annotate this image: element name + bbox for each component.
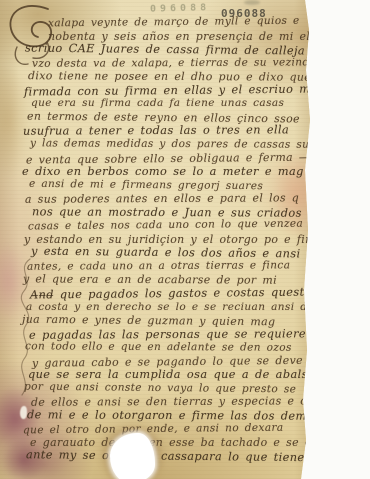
handwriting-line: de ellos e ansi se den tierras y especia… (31, 395, 316, 410)
handwriting-line: a costa y en derecho se lo e se reciuan … (26, 301, 316, 313)
handwriting-line: con todo ello e que en adelante se den o… (25, 340, 292, 353)
handwriting-line: que el otro don por ende, e ansi no dexa… (23, 421, 284, 436)
handwriting-line: antes, e cada uno an a otras tierras e f… (27, 259, 290, 272)
handwriting-line: ante my se otorgo e cassapara lo que tie… (26, 448, 316, 465)
handwriting-line: de mi e e lo otorgaron e firme las dos d… (27, 408, 316, 423)
handwriting-line: nobenta y seis años en presençia de mi e… (48, 30, 310, 43)
handwriting-line: A̶n̶d̶ que pagados los gastos e costas q… (30, 285, 316, 301)
handwriting-lines: xalapa veynte de março de myll e quios e… (0, 0, 316, 479)
handwriting-line: que se sera la cumplida osa que a de aba… (28, 368, 316, 381)
handwriting-line: dixo tiene ne posee en el dho puo e dixo… (28, 69, 316, 84)
handwriting-line: scriuo CAE Juares de cassa firma de call… (25, 42, 305, 58)
handwriting-line: e garauato de que en esse ba tachado e s… (30, 436, 316, 449)
handwriting-line: vzo desta va de xalapa, e tierras de su … (32, 56, 316, 70)
handwriting-line: e ansi de mi e firmeans gregorj suares (29, 177, 263, 191)
handwriting-line: y garaua cabo e se pagando lo que se dev… (32, 353, 316, 369)
paper-sheet: 096088 096088 xalapa veynte de março de … (0, 0, 316, 479)
handwriting-line: casas e tales nos cada uno con lo que ve… (28, 218, 303, 233)
handwriting-line: y estando en su juridiçion y el otorgo p… (24, 233, 316, 246)
handwriting-line: e dixo en berbos como se lo a meter e ma… (22, 165, 304, 178)
scanned-manuscript-page: 096088 096088 xalapa veynte de março de … (0, 0, 370, 479)
handwriting-line: usufrua a tener e todas las o tres en el… (23, 124, 289, 138)
paper-tear (110, 433, 155, 479)
handwriting-line: que era su firma cada fa tiene unas casa… (31, 97, 284, 109)
handwriting-line: e venta que sobre ello se obligaua e fer… (26, 150, 316, 166)
handwriting-line: jua ramo e ynes de guzman y quien mag (22, 313, 276, 329)
handwriting-line: y esta en su guarda e los dos años e ans… (31, 245, 301, 261)
handwriting-line: por que ansi conste no vaya lo que prest… (24, 380, 296, 395)
handwriting-line: y las demas medidas y dos pares de cassa… (30, 137, 316, 151)
handwriting-line: e pagadas las las personas que se requie… (29, 327, 314, 341)
handwriting-line: xalapa veynte de março de myll e quios e (48, 15, 300, 30)
handwriting-line: y el que era e an de acabarse de por mi (23, 273, 277, 287)
handwriting-line: firmada con su firma en ellas y el escri… (24, 82, 316, 98)
handwriting-line: a sus poderes antes en ellos e para el l… (25, 191, 299, 205)
